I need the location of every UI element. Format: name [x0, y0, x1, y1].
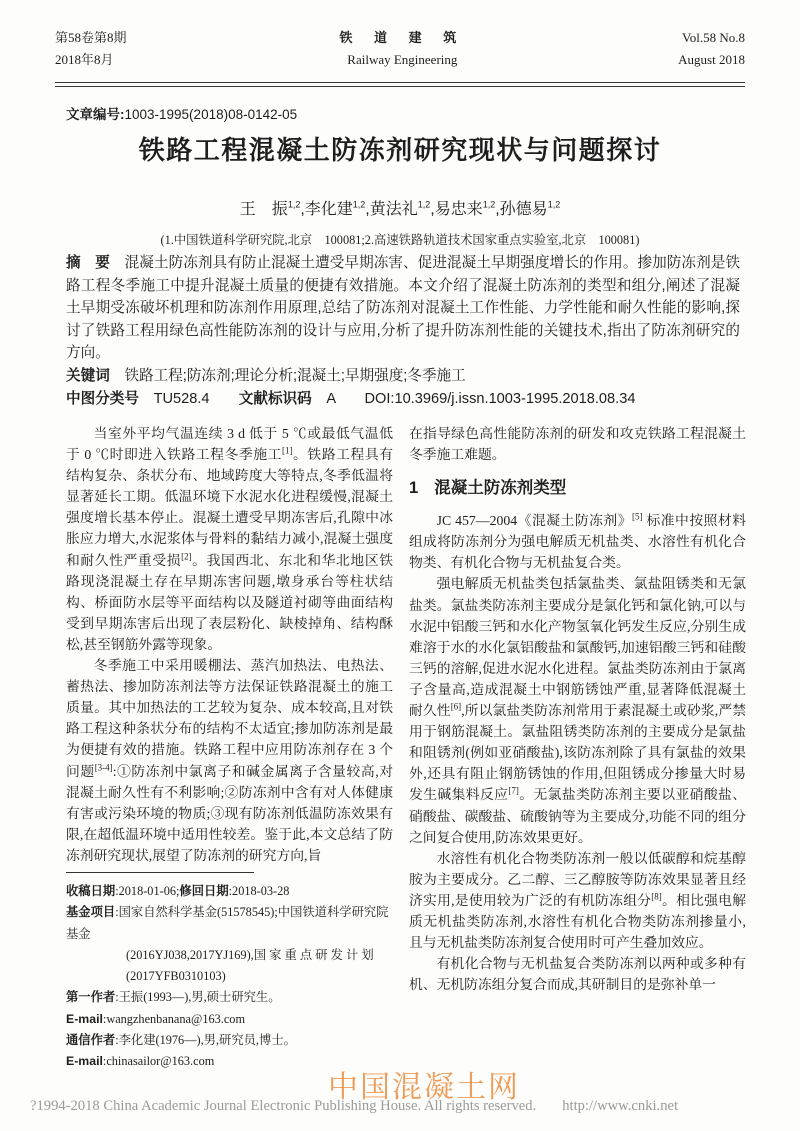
journal-header: 第58卷第8期 2018年8月 铁 道 建 筑 Railway Engineer…: [55, 27, 745, 71]
copyright-text: ?1994-2018 China Academic Journal Electr…: [30, 1098, 536, 1114]
journal-title-cn: 铁 道 建 筑: [339, 27, 465, 49]
footnote-line: 通信作者:李化建(1976—),男,研究员,博士。: [66, 1030, 398, 1051]
footnote-lines: 收稿日期:2018-01-06;修回日期:2018-03-28基金项目:国家自然…: [66, 881, 398, 1073]
footnote-line: (2017YFB0310103): [66, 966, 398, 987]
authors-line: 王 振1,2,李化建1,2,黄法礼1,2,易忠来1,2,孙德易1,2: [0, 196, 800, 219]
abstract-text: 摘 要 混凝土防冻剂具有防止混凝土遭受早期冻害、促进混凝土早期强度增长的作用。掺…: [66, 252, 740, 365]
body-paragraph: 冬季施工中采用暖棚法、蒸汽加热法、电热法、蓄热法、掺加防冻剂法等方法保证铁路混凝…: [66, 655, 393, 866]
cnki-url: http://www.cnki.net: [562, 1098, 678, 1114]
section-heading: 1混凝土防冻剂类型: [409, 476, 746, 500]
footnote-line: 收稿日期:2018-01-06;修回日期:2018-03-28: [66, 881, 398, 902]
footnote-rule: [66, 872, 254, 873]
footnote-line: (2016YJ038,2017YJ169),国 家 重 点 研 发 计 划: [66, 945, 398, 966]
body-right-column: 在指导绿色高性能防冻剂的研发和攻克铁路工程混凝土冬季施工难题。1混凝土防冻剂类型…: [409, 423, 746, 995]
clc-doi-line: 中图分类号 TU528.4 文献标识码 A DOI:10.3969/j.issn…: [66, 388, 740, 411]
abstract-block: 摘 要 混凝土防冻剂具有防止混凝土遭受早期冻害、促进混凝土早期强度增长的作用。掺…: [66, 252, 740, 410]
footnote-line: 第一作者:王振(1993—),男,硕士研究生。: [66, 987, 398, 1008]
journal-title-en: Railway Engineering: [339, 49, 465, 71]
header-volume-issue-en: Vol.58 No.8 August 2018: [678, 27, 745, 71]
volume-issue-cn: 第58卷第8期: [55, 27, 127, 49]
affiliation-line: (1.中国铁道科学研究院,北京 100081;2.高速铁路轨道技术国家重点实验室…: [0, 230, 800, 248]
body-paragraph: JC 457—2004《混凝土防冻剂》[5] 标准中按照材料组成将防冻剂分为强电…: [409, 510, 746, 573]
header-double-rule: [55, 82, 745, 87]
date-cn: 2018年8月: [55, 49, 127, 71]
date-en: August 2018: [678, 49, 745, 71]
body-paragraph: 当室外平均气温连续 3 d 低于 5 ℃或最低气温低于 0 ℃时即进入铁路工程冬…: [66, 423, 393, 655]
body-paragraph: 在指导绿色高性能防冻剂的研发和攻克铁路工程混凝土冬季施工难题。: [409, 423, 746, 465]
body-paragraph: 有机化合物与无机盐复合类防冻剂以两种或多种有机、无机防冻组分复合而成,其研制目的…: [409, 953, 746, 995]
journal-title: 铁 道 建 筑 Railway Engineering: [339, 27, 465, 71]
body-paragraph: 强电解质无机盐类包括氯盐类、氯盐阻锈类和无氯盐类。氯盐类防冻剂主要成分是氯化钙和…: [409, 573, 746, 847]
paper-page: 第58卷第8期 2018年8月 铁 道 建 筑 Railway Engineer…: [0, 0, 800, 1131]
footnote-line: 基金项目:国家自然科学基金(51578545);中国铁道科学研究院基金: [66, 902, 398, 945]
body-left-column: 当室外平均气温连续 3 d 低于 5 ℃或最低气温低于 0 ℃时即进入铁路工程冬…: [66, 423, 393, 866]
paper-title: 铁路工程混凝土防冻剂研究现状与问题探讨: [0, 130, 800, 167]
volume-issue-en: Vol.58 No.8: [678, 27, 745, 49]
keywords-line: 关键词 铁路工程;防冻剂;理论分析;混凝土;早期强度;冬季施工: [66, 365, 740, 388]
body-paragraph: 水溶性有机化合物类防冻剂一般以低碳醇和烷基醇胺为主要成分。乙二醇、三乙醇胺等防冻…: [409, 848, 746, 953]
footnote-line: E-mail:wangzhenbanana@163.com: [66, 1009, 398, 1030]
first-page-footnote: 收稿日期:2018-01-06;修回日期:2018-03-28基金项目:国家自然…: [66, 872, 398, 1073]
article-id: 文章编号:1003-1995(2018)08-0142-05: [66, 103, 297, 123]
copyright-line: ?1994-2018 China Academic Journal Electr…: [30, 1098, 790, 1115]
header-volume-issue: 第58卷第8期 2018年8月: [55, 27, 127, 71]
